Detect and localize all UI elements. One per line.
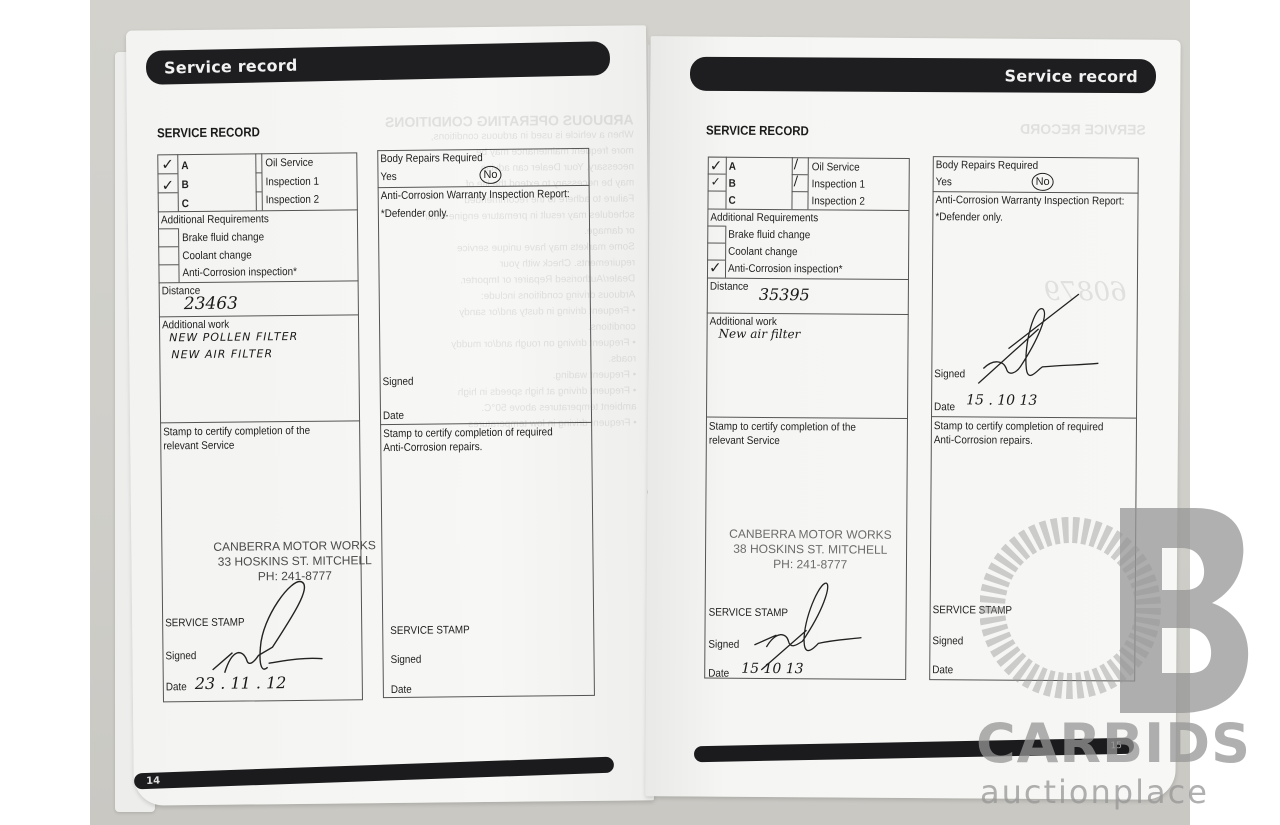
left-page: ARDUOUS OPERATING CONDITIONS When a vehi… (126, 25, 654, 805)
checkmark-icon: ✓ (161, 176, 174, 194)
signature (968, 288, 1109, 399)
checkmark-icon: ✓ (161, 155, 174, 173)
dealer-address: 33 HOSKINS ST. MITCHELL (213, 553, 376, 570)
option-oil-service[interactable]: Oil Service (812, 161, 860, 173)
stamp-service-label: Stamp to certify completion of the relev… (709, 420, 889, 449)
distance-label: Distance (710, 281, 749, 293)
dealer-phone: PH: 241-8777 (729, 557, 892, 573)
bleed-through-text: SERVICE RECORD (1020, 121, 1146, 138)
defender-note: *Defender only. (381, 207, 449, 220)
option-inspection-1[interactable]: Inspection 1 (265, 176, 319, 189)
watermark-brand: CARBIDS (976, 712, 1251, 775)
service-date-label: Date (166, 681, 187, 693)
req-coolant[interactable]: Coolant change (182, 249, 251, 262)
header-title: Service record (164, 55, 298, 77)
body-repairs-label: Body Repairs Required (380, 152, 482, 165)
service-signed-label: Signed (165, 650, 196, 662)
anti-corrosion-report-label: Anti-Corrosion Warranty Inspection Repor… (935, 194, 1124, 207)
option-inspection-2[interactable]: Inspection 2 (266, 194, 320, 207)
signature (746, 575, 867, 676)
section-title: SERVICE RECORD (706, 123, 809, 139)
stamp-service-label: Stamp to certify completion of the relev… (163, 423, 343, 453)
body-repairs-yes[interactable]: Yes (380, 171, 396, 183)
service-type-b[interactable]: B (729, 178, 736, 190)
ghost-title: SERVICE RECORD (1020, 121, 1146, 138)
checkmark-icon: ✓ (709, 259, 722, 277)
watermark-tagline: auctionplace (980, 773, 1209, 811)
carbids-logo-icon (980, 508, 1250, 713)
checkmark-icon: / (794, 174, 798, 189)
additional-work-line-1: New air filter (719, 327, 801, 342)
req-brake-fluid[interactable]: Brake fluid change (182, 231, 264, 244)
service-type-b[interactable]: B (182, 179, 189, 191)
header-title: Service record (1004, 66, 1138, 86)
distance-value: 35395 (759, 285, 810, 304)
service-type-c[interactable]: C (182, 198, 189, 210)
req-brake-fluid[interactable]: Brake fluid change (728, 229, 810, 242)
dealer-address: 38 HOSKINS ST. MITCHELL (729, 542, 892, 558)
option-oil-service[interactable]: Oil Service (265, 157, 313, 170)
body-repairs-no[interactable]: No (1032, 173, 1054, 191)
service-signed-label: Signed (708, 639, 739, 651)
service-type-c[interactable]: C (728, 195, 735, 207)
option-inspection-2[interactable]: Inspection 2 (811, 195, 864, 207)
distance-value: 23463 (184, 294, 238, 315)
checkmark-icon: / (794, 157, 798, 172)
additional-requirements-label: Additional Requirements (161, 213, 269, 226)
option-inspection-1[interactable]: Inspection 1 (812, 178, 865, 190)
req-anti-corrosion[interactable]: Anti-Corrosion inspection* (182, 266, 297, 279)
body-repairs-label: Body Repairs Required (936, 159, 1038, 172)
anti-corrosion-report-label: Anti-Corrosion Warranty Inspection Repor… (381, 188, 570, 202)
additional-work-line-1: NEW POLLEN FILTER (169, 330, 298, 344)
req-anti-corrosion[interactable]: Anti-Corrosion inspection* (728, 263, 843, 276)
stamp-corrosion-label: Stamp to certify completion of required … (934, 419, 1114, 448)
defender-note: *Defender only. (935, 211, 1003, 223)
checkmark-icon: ✓ (710, 157, 723, 175)
corrosion-date-label: Date (932, 664, 953, 676)
report-date-value: 15 . 10 13 (966, 392, 1037, 408)
section-title: SERVICE RECORD (157, 124, 260, 140)
dealer-stamp: CANBERRA MOTOR WORKS 38 HOSKINS ST. MITC… (729, 527, 892, 573)
corrosion-stamp-label: SERVICE STAMP (390, 624, 470, 637)
service-type-a[interactable]: A (729, 161, 736, 173)
service-type-a[interactable]: A (181, 160, 188, 172)
body-repairs-yes[interactable]: Yes (936, 176, 952, 188)
req-coolant[interactable]: Coolant change (728, 246, 797, 258)
report-date-label: Date (383, 410, 404, 422)
corrosion-signed-label: Signed (932, 635, 963, 647)
additional-requirements-label: Additional Requirements (710, 212, 818, 225)
checkmark-icon: ✓ (711, 175, 721, 189)
dealer-name: CANBERRA MOTOR WORKS (213, 538, 376, 555)
header-bar-right: Service record (690, 57, 1156, 93)
dealer-name: CANBERRA MOTOR WORKS (729, 527, 892, 543)
page-number: 14 (146, 775, 160, 786)
report-signed-label: Signed (934, 368, 965, 380)
additional-work-line-2: NEW AIR FILTER (171, 347, 273, 361)
report-date-label: Date (934, 401, 955, 413)
report-signed-label: Signed (383, 376, 414, 388)
additional-work-label: Additional work (162, 319, 229, 332)
corrosion-date-label: Date (391, 684, 412, 696)
signature (202, 577, 333, 678)
corrosion-signed-label: Signed (390, 654, 421, 666)
stamp-corrosion-label: Stamp to certify completion of required … (383, 425, 568, 455)
service-date-label: Date (708, 668, 729, 680)
